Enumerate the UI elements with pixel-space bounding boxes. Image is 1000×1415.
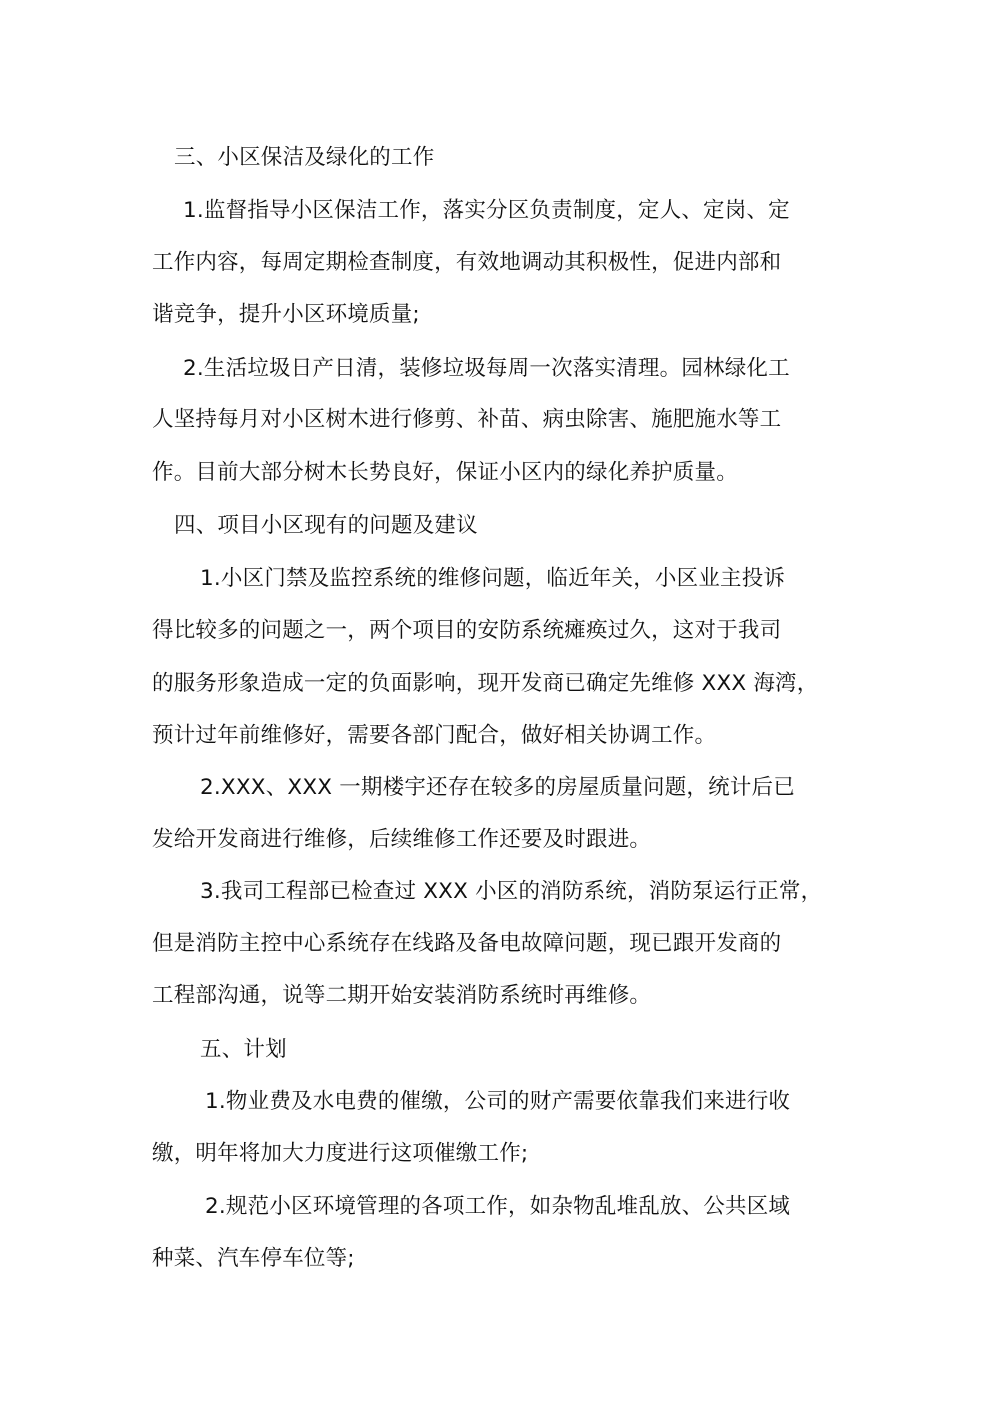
paragraph-line: 得比较多的问题之一，两个项目的安防系统瘫痪过久，这对于我司 [152, 616, 781, 646]
paragraph-line: 3.我司工程部已检查过 XXX 小区的消防系统，消防泵运行正常， [200, 877, 822, 907]
paragraph-line: 2.规范小区环境管理的各项工作，如杂物乱堆乱放、公共区域 [205, 1192, 790, 1222]
paragraph-line: 但是消防主控中心系统存在线路及备电故障问题，现已跟开发商的 [152, 929, 781, 959]
section-heading-5: 五、计划 [200, 1035, 287, 1065]
section-heading-3: 三、小区保洁及绿化的工作 [174, 143, 434, 173]
paragraph-line: 发给开发商进行维修，后续维修工作还要及时跟进。 [152, 825, 651, 855]
document-page: 三、小区保洁及绿化的工作 1.监督指导小区保洁工作，落实分区负责制度，定人、定岗… [0, 0, 1000, 1415]
paragraph-line: 2.XXX、XXX 一期楼宇还存在较多的房屋质量问题，统计后已 [200, 773, 795, 803]
paragraph-line: 种菜、汽车停车位等; [152, 1244, 355, 1274]
paragraph-line: 作。目前大部分树木长势良好，保证小区内的绿化养护质量。 [152, 458, 738, 488]
paragraph-line: 谐竞争，提升小区环境质量; [152, 300, 420, 330]
paragraph-line: 预计过年前维修好，需要各部门配合，做好相关协调工作。 [152, 721, 716, 751]
paragraph-line: 的服务形象造成一定的负面影响，现开发商已确定先维修 XXX 海湾， [152, 669, 818, 699]
paragraph-line: 工程部沟通，说等二期开始安装消防系统时再维修。 [152, 981, 651, 1011]
paragraph-line: 2.生活垃圾日产日清，装修垃圾每周一次落实清理。园林绿化工 [183, 354, 790, 384]
section-heading-4: 四、项目小区现有的问题及建议 [174, 511, 478, 541]
paragraph-line: 人坚持每月对小区树木进行修剪、补苗、病虫除害、施肥施水等工 [152, 405, 781, 435]
paragraph-line: 1.监督指导小区保洁工作，落实分区负责制度，定人、定岗、定 [183, 196, 790, 226]
paragraph-line: 缴，明年将加大力度进行这项催缴工作; [152, 1139, 528, 1169]
paragraph-line: 工作内容，每周定期检查制度，有效地调动其积极性，促进内部和 [152, 248, 781, 278]
paragraph-line: 1.物业费及水电费的催缴，公司的财产需要依靠我们来进行收 [205, 1087, 790, 1117]
paragraph-line: 1.小区门禁及监控系统的维修问题，临近年关，小区业主投诉 [200, 564, 785, 594]
